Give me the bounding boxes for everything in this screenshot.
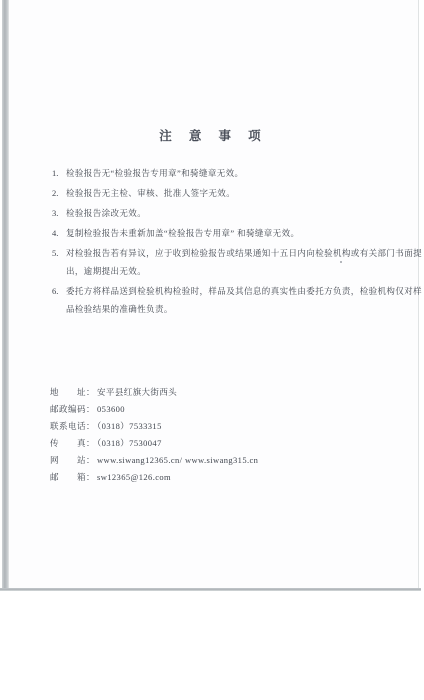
contact-address: 地 址：安平县红旗大街西头	[50, 384, 258, 401]
item-number: 5.	[52, 244, 66, 280]
item-number: 1.	[52, 164, 66, 182]
contact-postal-code: 邮政编码：053600	[50, 401, 258, 418]
contact-block: 地 址：安平县红旗大街西头 邮政编码：053600 联系电话：（0318）753…	[50, 384, 258, 486]
contact-phone: 联系电话：（0318）7533315	[50, 418, 258, 435]
page-left-edge	[2, 0, 9, 591]
contact-fax: 传 真：（0318）7530047	[50, 435, 258, 452]
scanned-page: 注 意 事 项 1. 检验报告无“检验报告专用章”和骑缝章无效。 2. 检验报告…	[0, 0, 424, 700]
item-number: 6.	[52, 282, 66, 318]
contact-label: 传 真：	[50, 438, 95, 448]
notes-list: 1. 检验报告无“检验报告专用章”和骑缝章无效。 2. 检验报告无主检、审核、批…	[52, 164, 392, 320]
list-item: 6. 委托方将样品送到检验机构检验时，样品及其信息的真实性由委托方负责，检验机构…	[52, 282, 392, 318]
list-item: 4. 复制检验报告未重新加盖“检验报告专用章” 和骑缝章无效。	[52, 224, 392, 242]
contact-label: 邮政编码：	[50, 404, 95, 414]
paper-sheet: 注 意 事 项 1. 检验报告无“检验报告专用章”和骑缝章无效。 2. 检验报告…	[9, 0, 419, 589]
contact-label: 邮 箱：	[50, 472, 95, 482]
scan-speck	[340, 261, 342, 263]
contact-value: www.siwang12365.cn/ www.siwang315.cn	[97, 455, 258, 465]
item-text: 出，逾期提出无效。	[66, 262, 422, 280]
page-title: 注 意 事 项	[9, 126, 418, 144]
list-item: 2. 检验报告无主检、审核、批准人签字无效。	[52, 184, 392, 202]
list-item: 3. 检验报告涂改无效。	[52, 204, 392, 222]
item-number: 3.	[52, 204, 66, 222]
page-bottom-shadow	[0, 588, 421, 591]
contact-label: 联系电话：	[50, 421, 95, 431]
item-text: 检验报告无主检、审核、批准人签字无效。	[66, 184, 392, 202]
contact-website: 网 站：www.siwang12365.cn/ www.siwang315.cn	[50, 452, 258, 469]
contact-email: 邮 箱：sw12365@126.com	[50, 469, 258, 486]
contact-value: （0318）7530047	[97, 438, 162, 448]
item-text: 委托方将样品送到检验机构检验时，样品及其信息的真实性由委托方负责，检验机构仅对样	[66, 282, 422, 300]
item-text: 对检验报告若有异议，应于收到检验报告或结果通知十五日内向检验机构或有关部门书面提	[66, 244, 422, 262]
item-text: 品检验结果的准确性负责。	[66, 300, 422, 318]
contact-value: 安平县红旗大街西头	[97, 387, 177, 397]
contact-value: （0318）7533315	[97, 421, 162, 431]
contact-value: sw12365@126.com	[97, 472, 171, 482]
list-item: 1. 检验报告无“检验报告专用章”和骑缝章无效。	[52, 164, 392, 182]
item-number: 2.	[52, 184, 66, 202]
contact-label: 网 站：	[50, 455, 95, 465]
item-number: 4.	[52, 224, 66, 242]
item-text: 复制检验报告未重新加盖“检验报告专用章” 和骑缝章无效。	[66, 224, 392, 242]
item-text: 检验报告涂改无效。	[66, 204, 392, 222]
contact-value: 053600	[97, 404, 125, 414]
contact-label: 地 址：	[50, 387, 95, 397]
item-text: 检验报告无“检验报告专用章”和骑缝章无效。	[66, 164, 392, 182]
